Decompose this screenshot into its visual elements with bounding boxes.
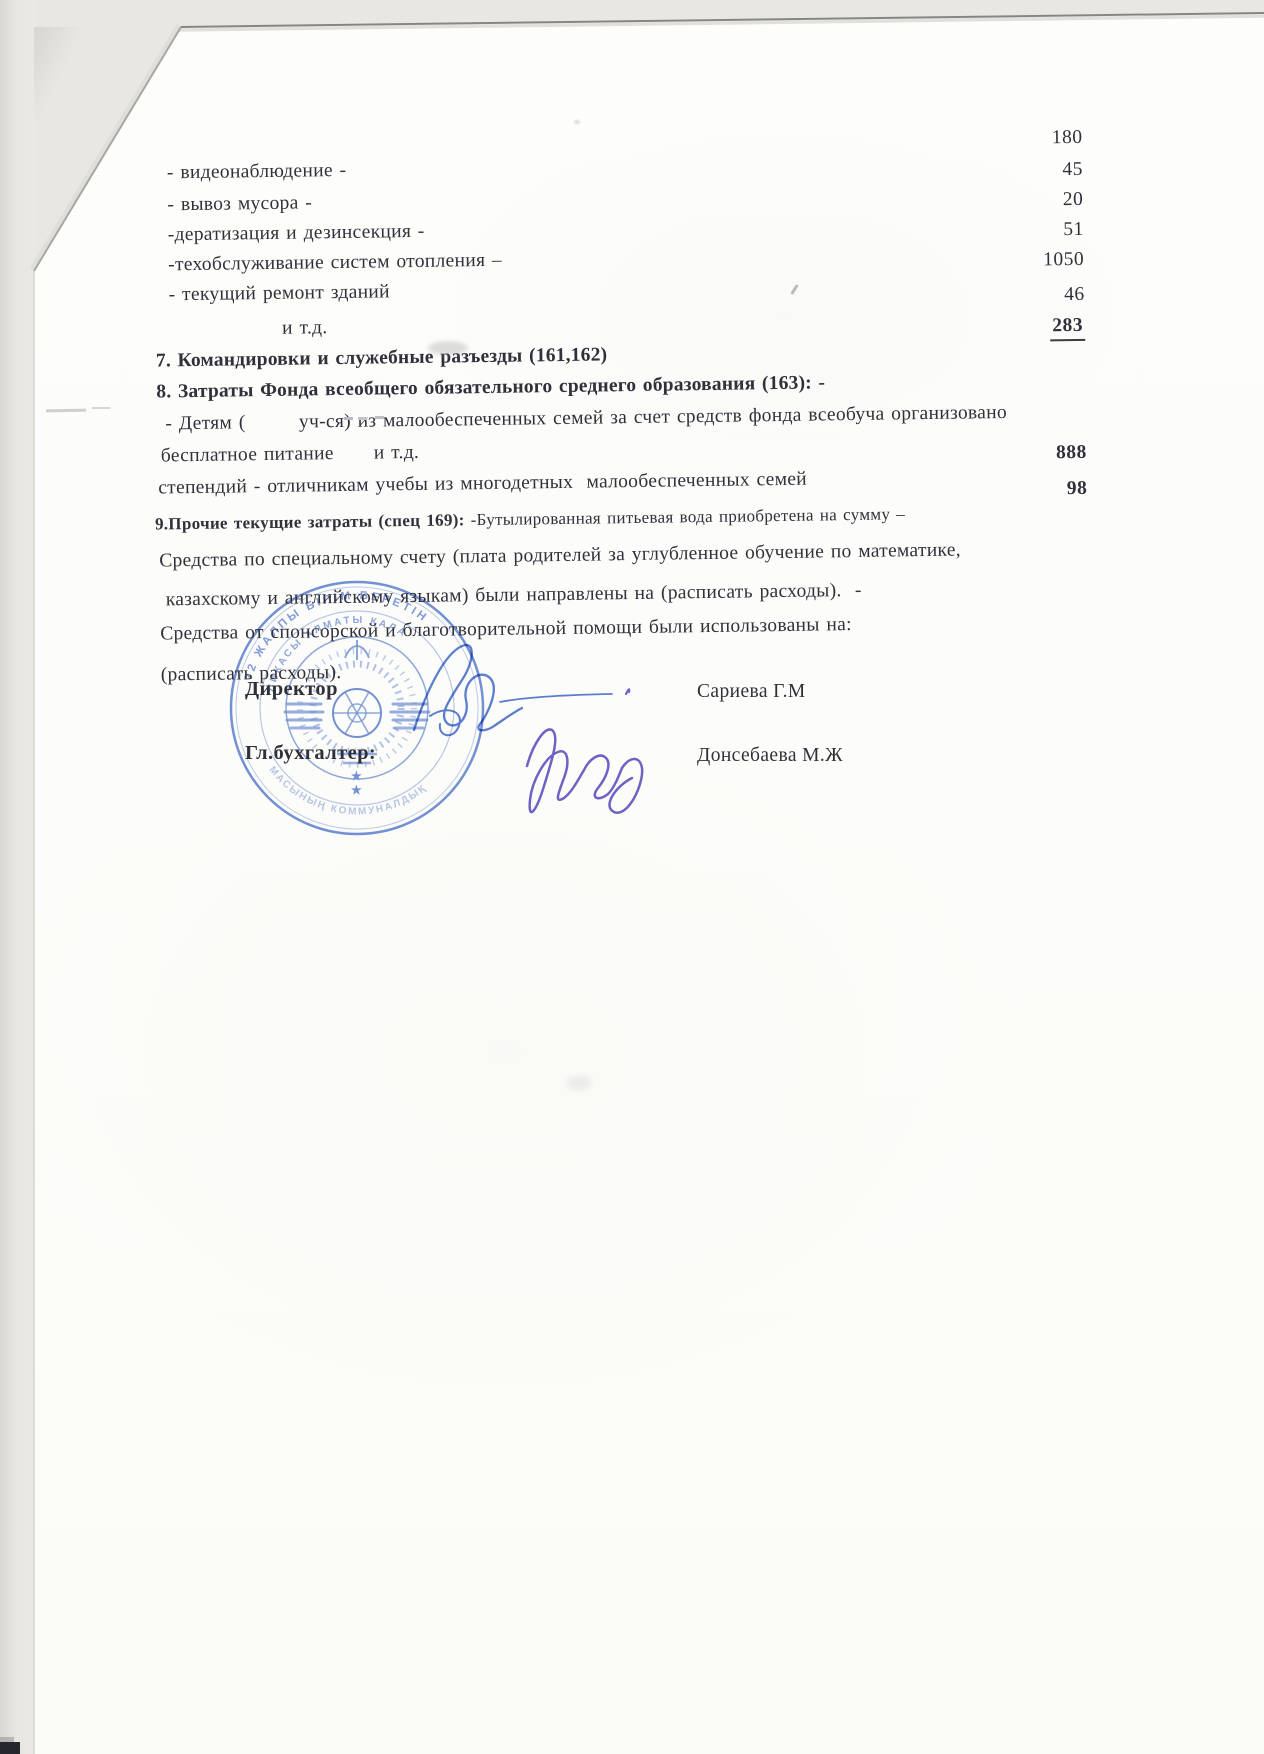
- ink-signatures: [0, 0, 1264, 1754]
- scanned-document-page: 72 ЖАЛПЫ БІЛІМ БЕРЕТІН ЛИКАСЫ АЛМАТЫ ҚАЛ…: [0, 0, 1264, 1754]
- director-signature: [414, 645, 612, 735]
- accountant-signature: [527, 689, 642, 812]
